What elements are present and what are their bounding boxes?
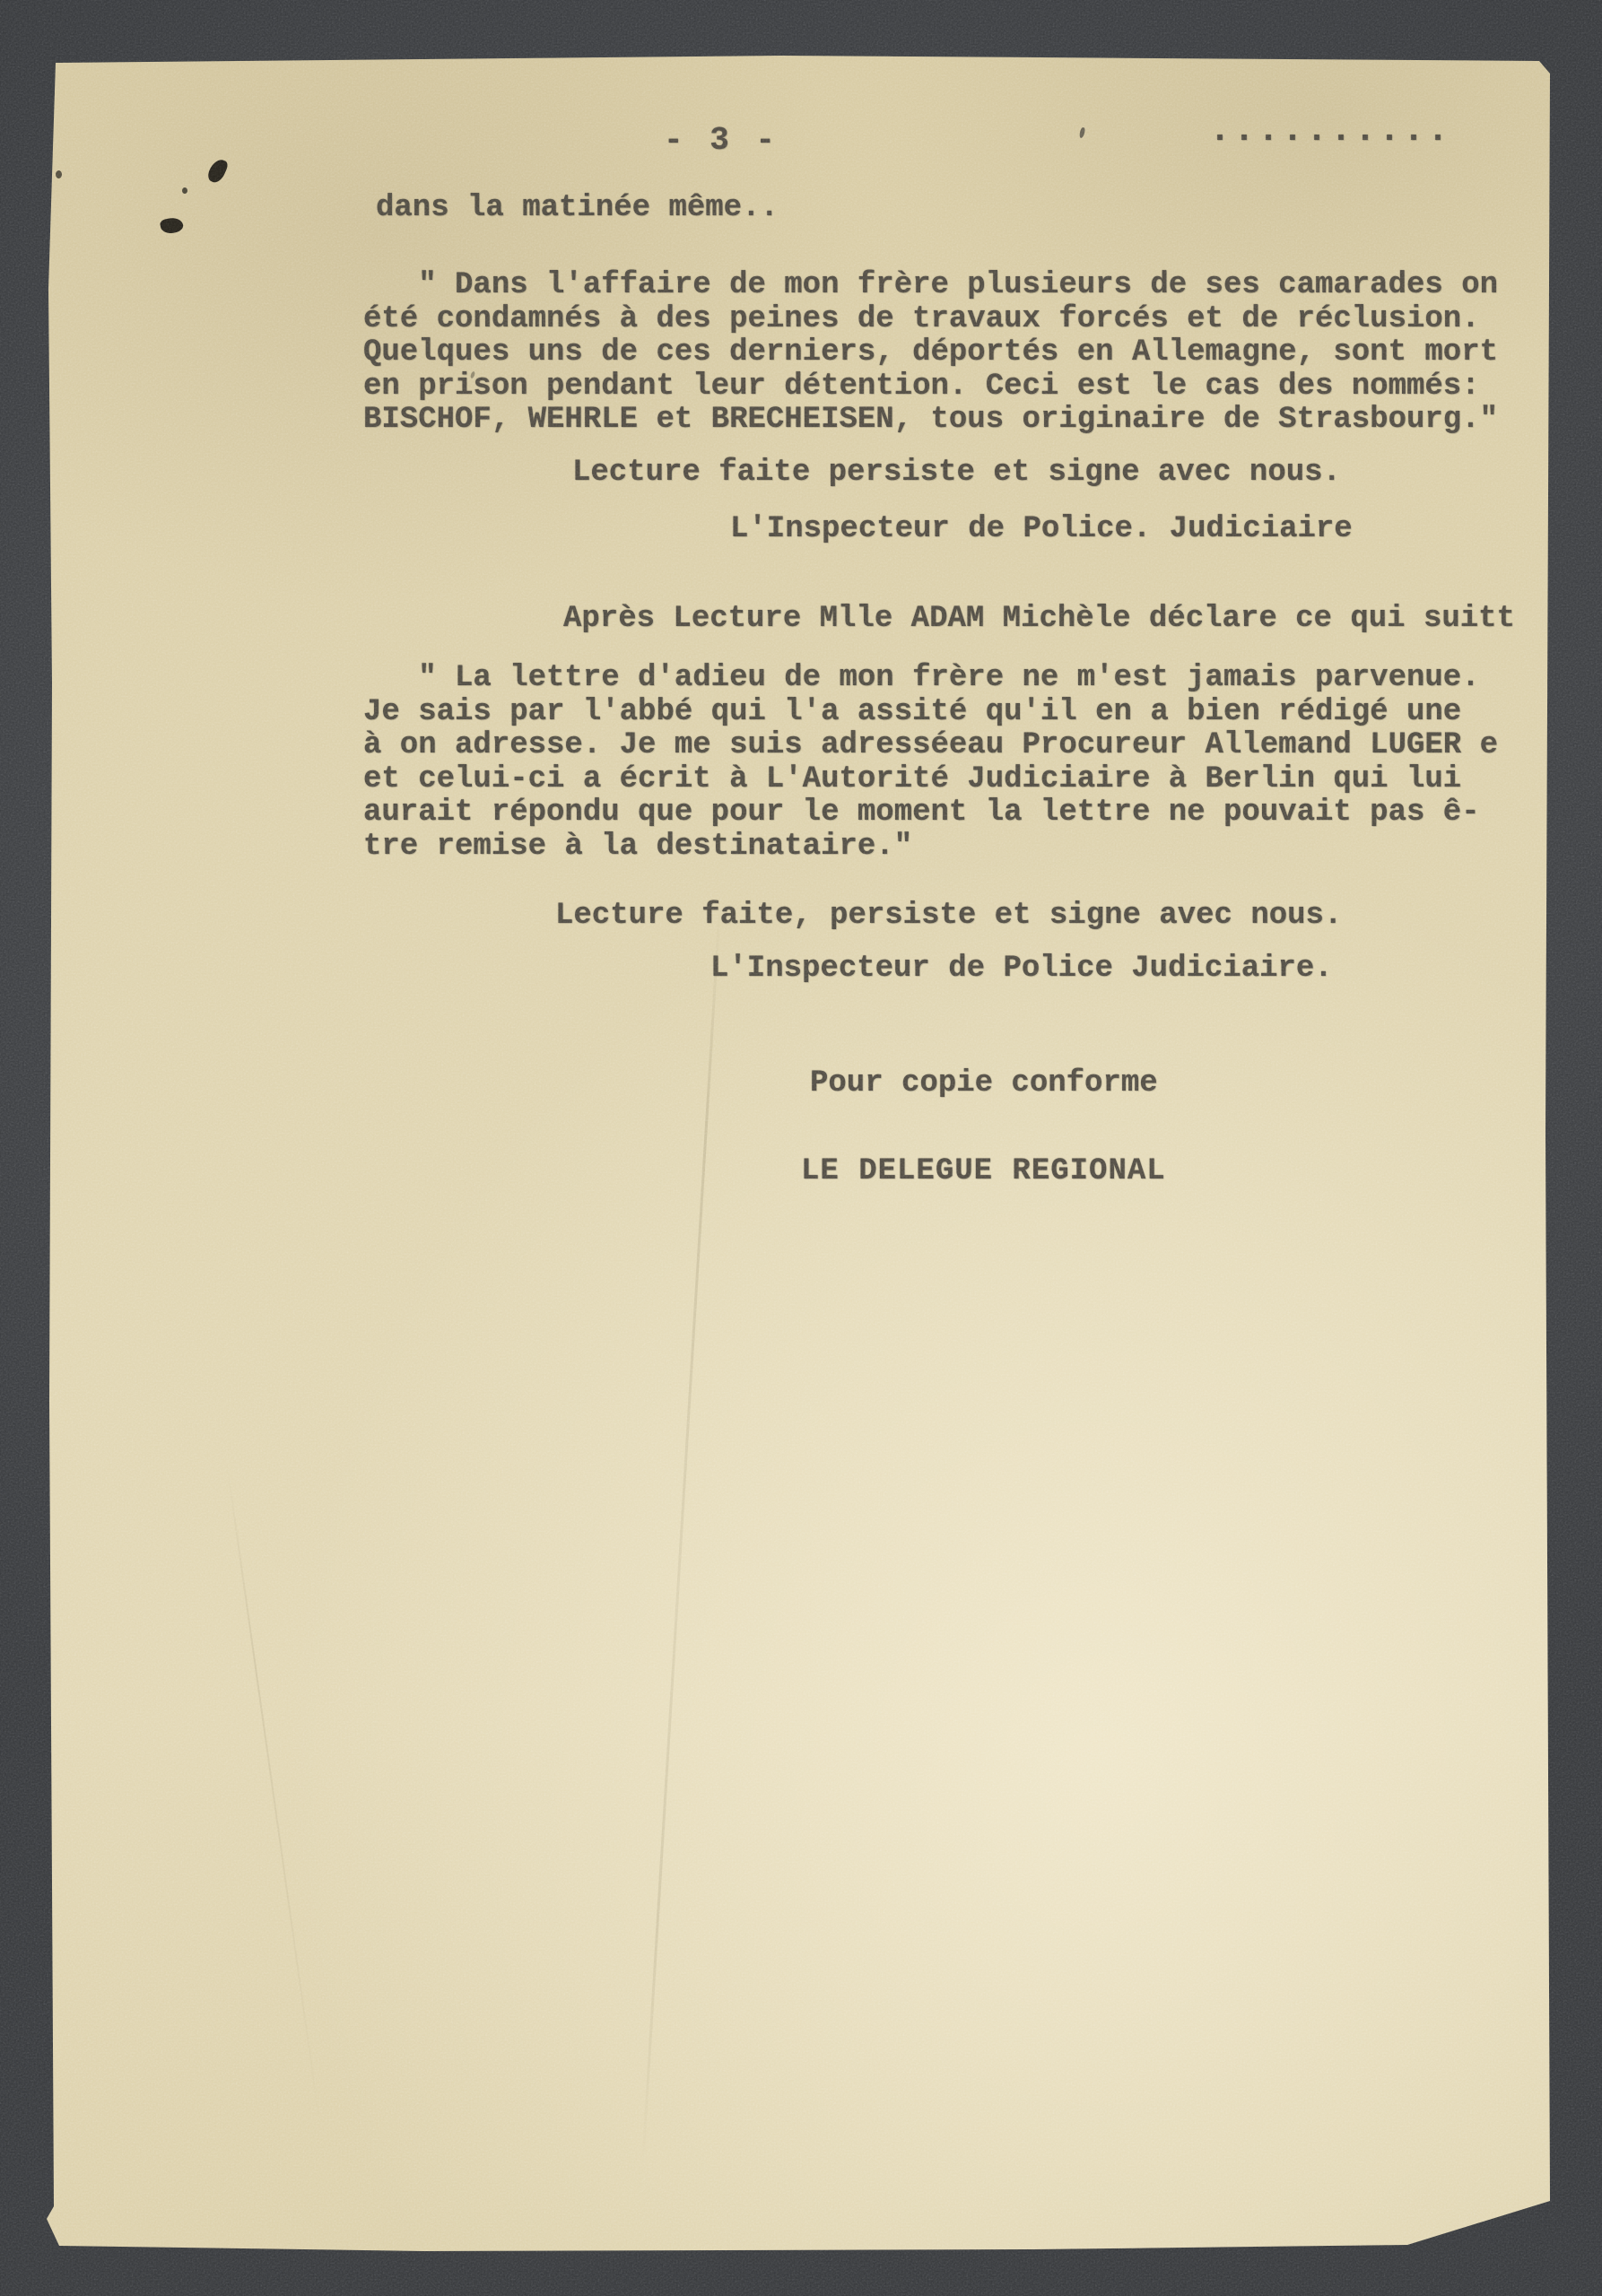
paper-tear-mark <box>160 216 185 236</box>
document-page: - 3 - .......... dans la matinée même.. … <box>47 56 1550 2251</box>
header-dots: .......... <box>1209 115 1451 149</box>
page-number: - 3 - <box>664 124 779 158</box>
attestation-line-2: Lecture faite, persiste et signe avec no… <box>555 900 1342 934</box>
declaration-intro-line: Après Lecture Mlle ADAM Michèle déclare … <box>563 603 1515 637</box>
inspector-signature-2: L'Inspecteur de Police Judiciaire. <box>710 952 1333 987</box>
paper-tear-mark <box>205 157 230 186</box>
ink-speck <box>182 187 187 194</box>
deposition-paragraph: " Dans l'affaire de mon frère plusieurs … <box>363 269 1498 438</box>
ink-speck <box>56 170 62 178</box>
scanned-document-backdrop: - 3 - .......... dans la matinée même.. … <box>0 0 1602 2296</box>
farewell-letter-paragraph: " La lettre d'adieu de mon frère ne m'es… <box>363 662 1498 865</box>
opening-line: dans la matinée même.. <box>376 192 779 226</box>
copy-conforme-note: Pour copie conforme <box>810 1067 1158 1101</box>
attestation-line-1: Lecture faite persiste et signe avec nou… <box>572 457 1341 491</box>
paper-crease <box>225 1458 322 2134</box>
paper-crease <box>641 900 722 2171</box>
ink-speck <box>1079 127 1086 139</box>
regional-delegate-title: LE DELEGUE REGIONAL <box>801 1155 1166 1189</box>
inspector-signature-1: L'Inspecteur de Police. Judiciaire <box>730 513 1353 547</box>
